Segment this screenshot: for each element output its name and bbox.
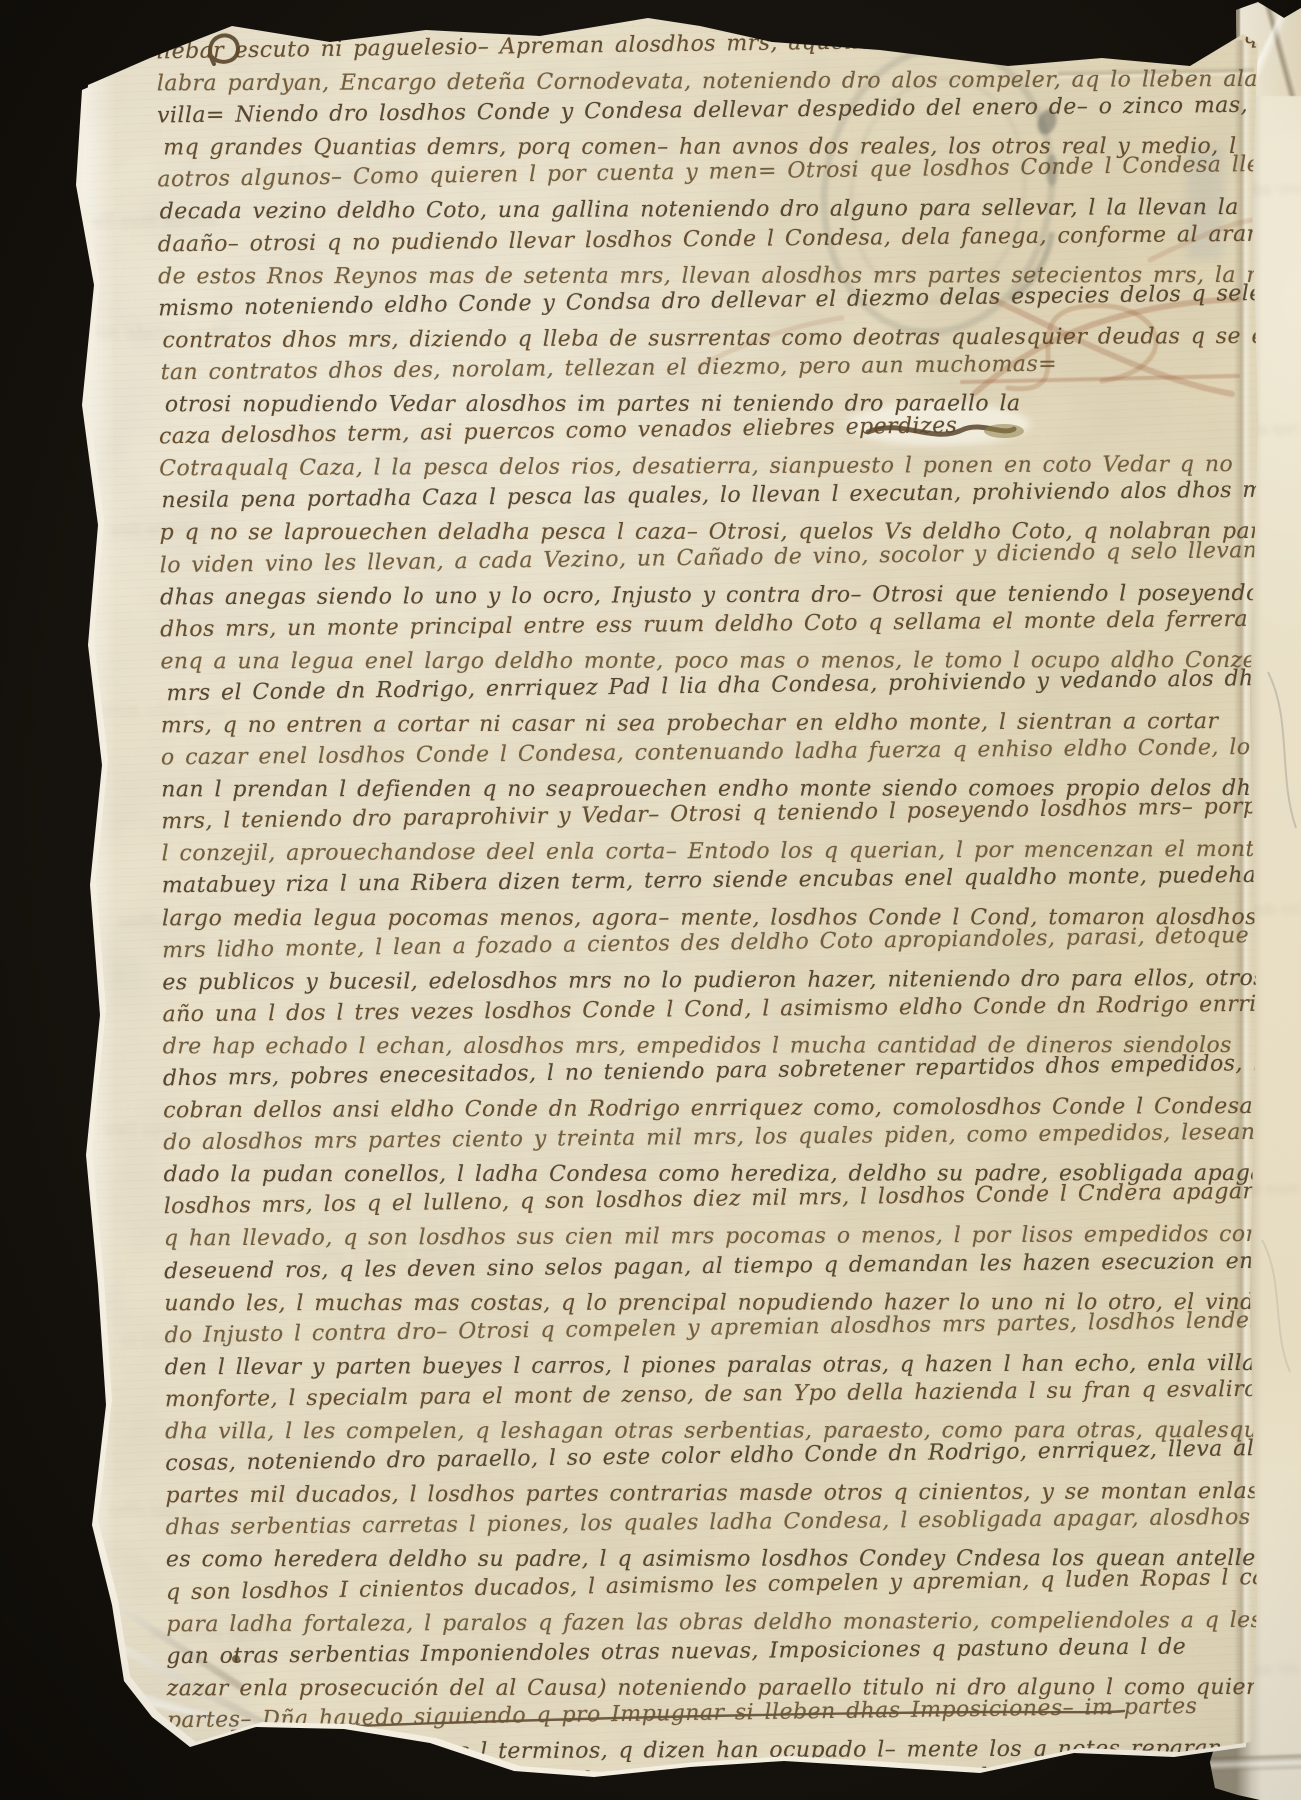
manuscript-page: onrad mos lledho Conde samrs parte lleve… — [0, 0, 1301, 1800]
ink-bleedthrough: enr adl — [1248, 179, 1301, 199]
manuscript-text: llebar escuto ni paguelesio– Apreman alo… — [157, 33, 1254, 1800]
ink-bleedthrough: mon te — [1246, 1179, 1299, 1199]
ink-bleedthrough: otr osi — [1250, 1659, 1299, 1679]
ink-bleedthrough: Con des — [1250, 899, 1301, 919]
archival-photo-stage: enr adlrep artCon desmon te otr osi onra… — [0, 0, 1301, 1800]
manuscript-line: eluideten losdhos Montes l terminos, q d… — [167, 1736, 1253, 1772]
manuscript-line: llebar escuto ni paguelesio– Apreman alo… — [156, 24, 1242, 71]
manuscript-line: losdhos empadecidos l les paguen lo llev… — [167, 1762, 1253, 1800]
